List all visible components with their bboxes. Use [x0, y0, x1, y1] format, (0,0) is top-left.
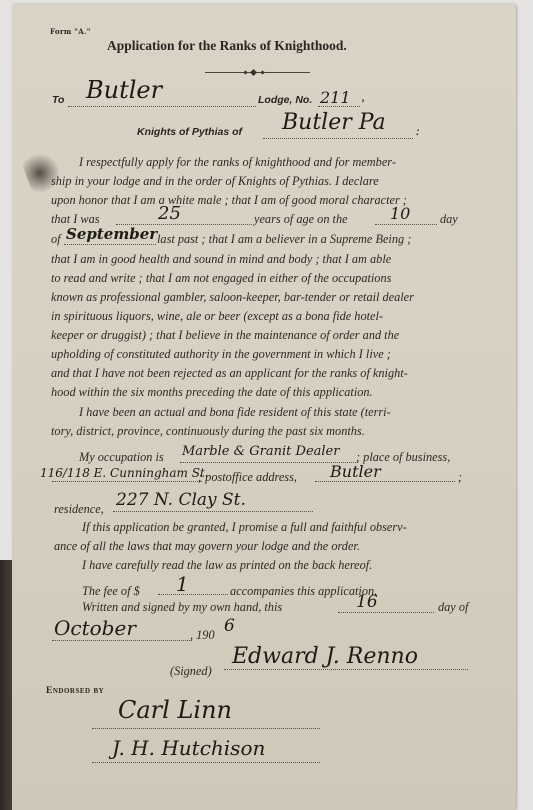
- body-line: to read and write ; that I am not engage…: [51, 271, 391, 286]
- business-line: [52, 481, 202, 482]
- kop-colon: :: [416, 126, 420, 138]
- endorser-signature-1[interactable]: Carl Linn: [118, 696, 232, 724]
- month-suffix: last past ; that I am a believer in a Su…: [157, 232, 411, 247]
- read-law-line: I have carefully read the law as printed…: [82, 558, 372, 573]
- title-ornament-divider: [205, 72, 310, 73]
- applicant-signature[interactable]: Edward J. Renno: [232, 644, 418, 669]
- signed-day-line: [338, 612, 434, 613]
- residence-line: [113, 511, 313, 512]
- body-line: in spirituous liquors, wine, ale or beer…: [51, 309, 383, 324]
- body-line: upholding of constituted authority in th…: [51, 347, 391, 362]
- month-field[interactable]: September: [66, 225, 157, 243]
- day-line: [375, 224, 437, 225]
- lodge-comma: ,: [362, 92, 365, 104]
- lodge-name-field[interactable]: Butler: [86, 76, 162, 104]
- fee-line: [158, 594, 228, 595]
- endorser-signature-2[interactable]: J. H. Hutchison: [112, 736, 265, 760]
- business-field[interactable]: 116/118 E. Cunningham St.: [40, 466, 209, 480]
- endorser-line-2: [92, 762, 320, 763]
- body-line: keeper or druggist) ; that I believe in …: [51, 328, 399, 343]
- day-of-label: day of: [438, 600, 468, 615]
- age-field[interactable]: 25: [158, 203, 181, 224]
- day-suffix: day: [440, 212, 458, 227]
- occupation-field[interactable]: Marble & Granit Dealer: [182, 444, 339, 459]
- of-label: of: [51, 232, 61, 247]
- postoffice-end: ;: [458, 470, 462, 485]
- promise-line: If this application be granted, I promis…: [82, 520, 407, 535]
- body-line: upon honor that I am a white male ; that…: [51, 193, 407, 208]
- signed-label: (Signed): [170, 664, 212, 679]
- kop-location-field[interactable]: Butler Pa: [282, 110, 386, 135]
- written-label: Written and signed by my own hand, this: [82, 600, 282, 615]
- endorser-line-1: [92, 728, 320, 729]
- signed-day-field[interactable]: 16: [356, 592, 378, 612]
- promise-line: ance of all the laws that may govern you…: [54, 539, 360, 554]
- body-line: known as professional gambler, saloon-ke…: [51, 290, 414, 305]
- month-line: [64, 244, 156, 245]
- signature-line: [224, 669, 468, 670]
- day-field[interactable]: 10: [390, 204, 410, 223]
- lodge-number-field[interactable]: 211: [320, 88, 351, 107]
- postoffice-line: [315, 481, 455, 482]
- signed-month-field[interactable]: October: [54, 616, 136, 640]
- residency-line: I have been an actual and bona fide resi…: [79, 405, 391, 420]
- kop-label: Knights of Pythias of: [137, 126, 242, 138]
- endorsed-by-label: Endorsed by: [46, 686, 104, 696]
- lodge-number-label: Lodge, No.: [258, 94, 312, 106]
- year-prefix: , 190: [190, 628, 215, 643]
- to-label: To: [52, 94, 64, 106]
- kop-location-line: [263, 138, 413, 139]
- lodge-name-line: [68, 106, 256, 107]
- postoffice-field[interactable]: Butler: [330, 462, 381, 481]
- residency-line: tory, district, province, continuously d…: [51, 424, 365, 439]
- page-title: Application for the Ranks of Knighthood.: [107, 38, 347, 54]
- body-line: and that I have not been rejected as an …: [51, 366, 408, 381]
- occupation-label: My occupation is: [79, 450, 164, 465]
- residence-label: residence,: [54, 502, 104, 517]
- year-field[interactable]: 6: [224, 616, 235, 636]
- body-line: that I am in good health and sound in mi…: [51, 252, 391, 267]
- residence-field[interactable]: 227 N. Clay St.: [116, 490, 246, 510]
- fee-field[interactable]: 1: [176, 572, 189, 596]
- paper-stain: [20, 147, 66, 196]
- form-label: Form "A.": [50, 27, 91, 36]
- fee-label: The fee of $: [82, 584, 140, 599]
- body-line: ship in your lodge and in the order of K…: [51, 174, 379, 189]
- age-mid-text: years of age on the: [254, 212, 348, 227]
- body-line: hood within the six months preceding the…: [51, 385, 373, 400]
- signed-month-line: [52, 640, 192, 641]
- body-line: I respectfully apply for the ranks of kn…: [79, 155, 396, 170]
- postoffice-label: ; postoffice address,: [198, 470, 297, 485]
